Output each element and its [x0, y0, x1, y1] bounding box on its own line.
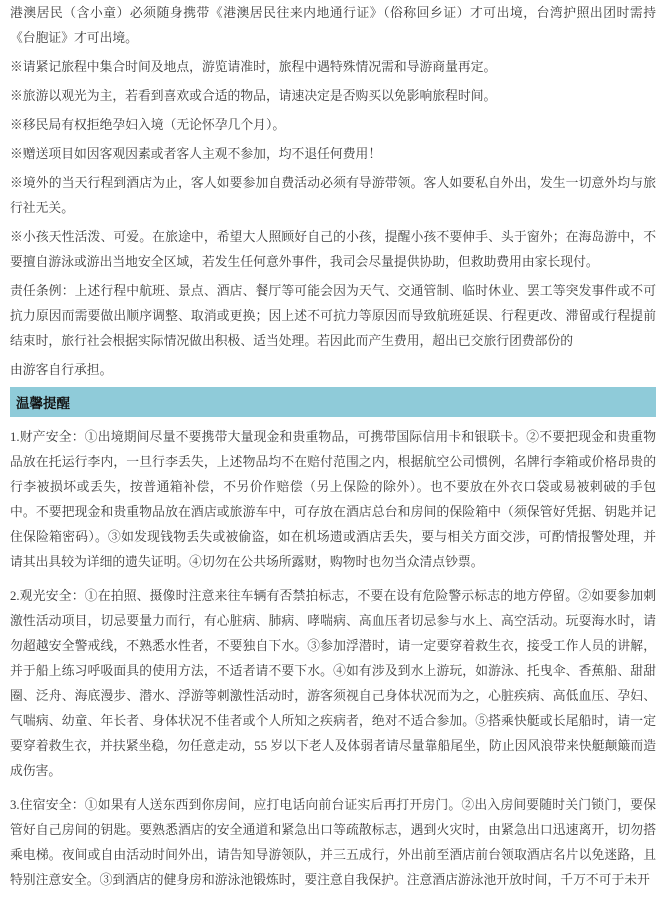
reminder-section: 1.财产安全：①出境期间尽量不要携带大量现金和贵重物品，可携带国际信用卡和银联卡…	[10, 425, 656, 893]
notice-paragraph: ※境外的当天行程到酒店为止，客人如要参加自费活动必须有导游带领。客人如要私自外出…	[10, 171, 656, 221]
reminder-section-title: 温馨提醒	[16, 392, 70, 412]
reminder-section-header: 温馨提醒	[10, 387, 656, 417]
notice-paragraph: ※请紧记旅程中集合时间及地点，游览请准时，旅程中遇特殊情况需和导游商量再定。	[10, 55, 656, 80]
notice-paragraph: ※旅游以观光为主，若看到喜欢或合适的物品，请速决定是否购买以免影响旅程时间。	[10, 84, 656, 109]
reminder-item-sightseeing-safety: 2.观光安全：①在拍照、摄像时注意来往车辆有否禁拍标志，不要在设有危险警示标志的…	[10, 584, 656, 784]
notice-paragraph: ※赠送项目如因客观因素或者客人主观不参加，均不退任何费用！	[10, 142, 656, 167]
notice-paragraph: ※小孩天性活泼、可爱。在旅途中，希望大人照顾好自己的小孩，提醒小孩不要伸手、头于…	[10, 225, 656, 275]
notice-paragraph: ※移民局有权拒绝孕妇入境（无论怀孕几个月）。	[10, 113, 656, 138]
liability-clause-continuation: 由游客自行承担。	[10, 358, 656, 383]
reminder-item-property-safety: 1.财产安全：①出境期间尽量不要携带大量现金和贵重物品，可携带国际信用卡和银联卡…	[10, 425, 656, 575]
reminder-item-accommodation-safety: 3.住宿安全：①如果有人送东西到你房间，应打电话向前台证实后再打开房门。②出入房…	[10, 793, 656, 893]
liability-clause-paragraph: 责任条例：上述行程中航班、景点、酒店、餐厅等可能会因为天气、交通管制、临时休业、…	[10, 279, 656, 354]
travel-notice-document: 港澳居民（含小童）必须随身携带《港澳居民往来内地通行证》（俗称回乡证）才可出境，…	[0, 0, 666, 893]
notice-paragraph: 港澳居民（含小童）必须随身携带《港澳居民往来内地通行证》（俗称回乡证）才可出境，…	[10, 1, 656, 51]
